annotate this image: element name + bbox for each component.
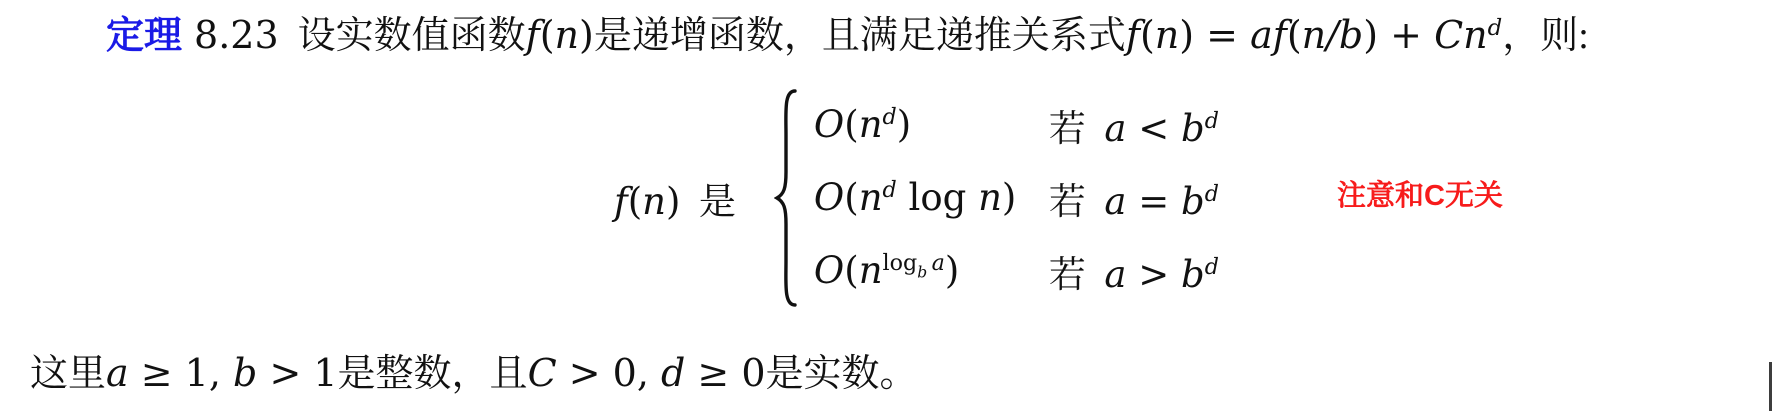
theorem-line: 定理8.23 设实数值函数f(n)是递增函数，且满足递推关系式f(n) = af… (106, 4, 1589, 60)
theorem-label: 定理 (106, 15, 182, 57)
curly-brace (774, 88, 798, 308)
case-condition: 若 a > bd (1049, 244, 1219, 298)
case-row: O(nd) 若 a < bd (814, 89, 1219, 162)
slide-canvas: 定理8.23 设实数值函数f(n)是递增函数，且满足递推关系式f(n) = af… (0, 0, 1772, 411)
cases-block: f(n) 是 O(nd) 若 a < bd O(nd log n) 若 a = … (614, 88, 1219, 308)
cases-lead: f(n) 是 (614, 171, 736, 225)
case-expression: O(nd) (814, 103, 1049, 147)
case-condition: 若 a = bd (1049, 171, 1219, 225)
case-condition: 若 a < bd (1049, 98, 1219, 152)
case-row: O(nlogb a) 若 a > bd (814, 235, 1219, 308)
annotation-note: 注意和C无关 (1337, 180, 1503, 212)
theorem-statement: 8.23 设实数值函数f(n)是递增函数，且满足递推关系式f(n) = af(n… (194, 15, 1589, 57)
cases-rows: O(nd) 若 a < bd O(nd log n) 若 a = bd O(nl… (814, 89, 1219, 308)
case-row: O(nd log n) 若 a = bd (814, 162, 1219, 235)
closing-line: 这里a ≥ 1, b > 1是整数，且C > 0, d ≥ 0是实数。 (30, 348, 918, 399)
case-expression: O(nd log n) (814, 176, 1049, 220)
case-expression: O(nlogb a) (814, 249, 1049, 293)
